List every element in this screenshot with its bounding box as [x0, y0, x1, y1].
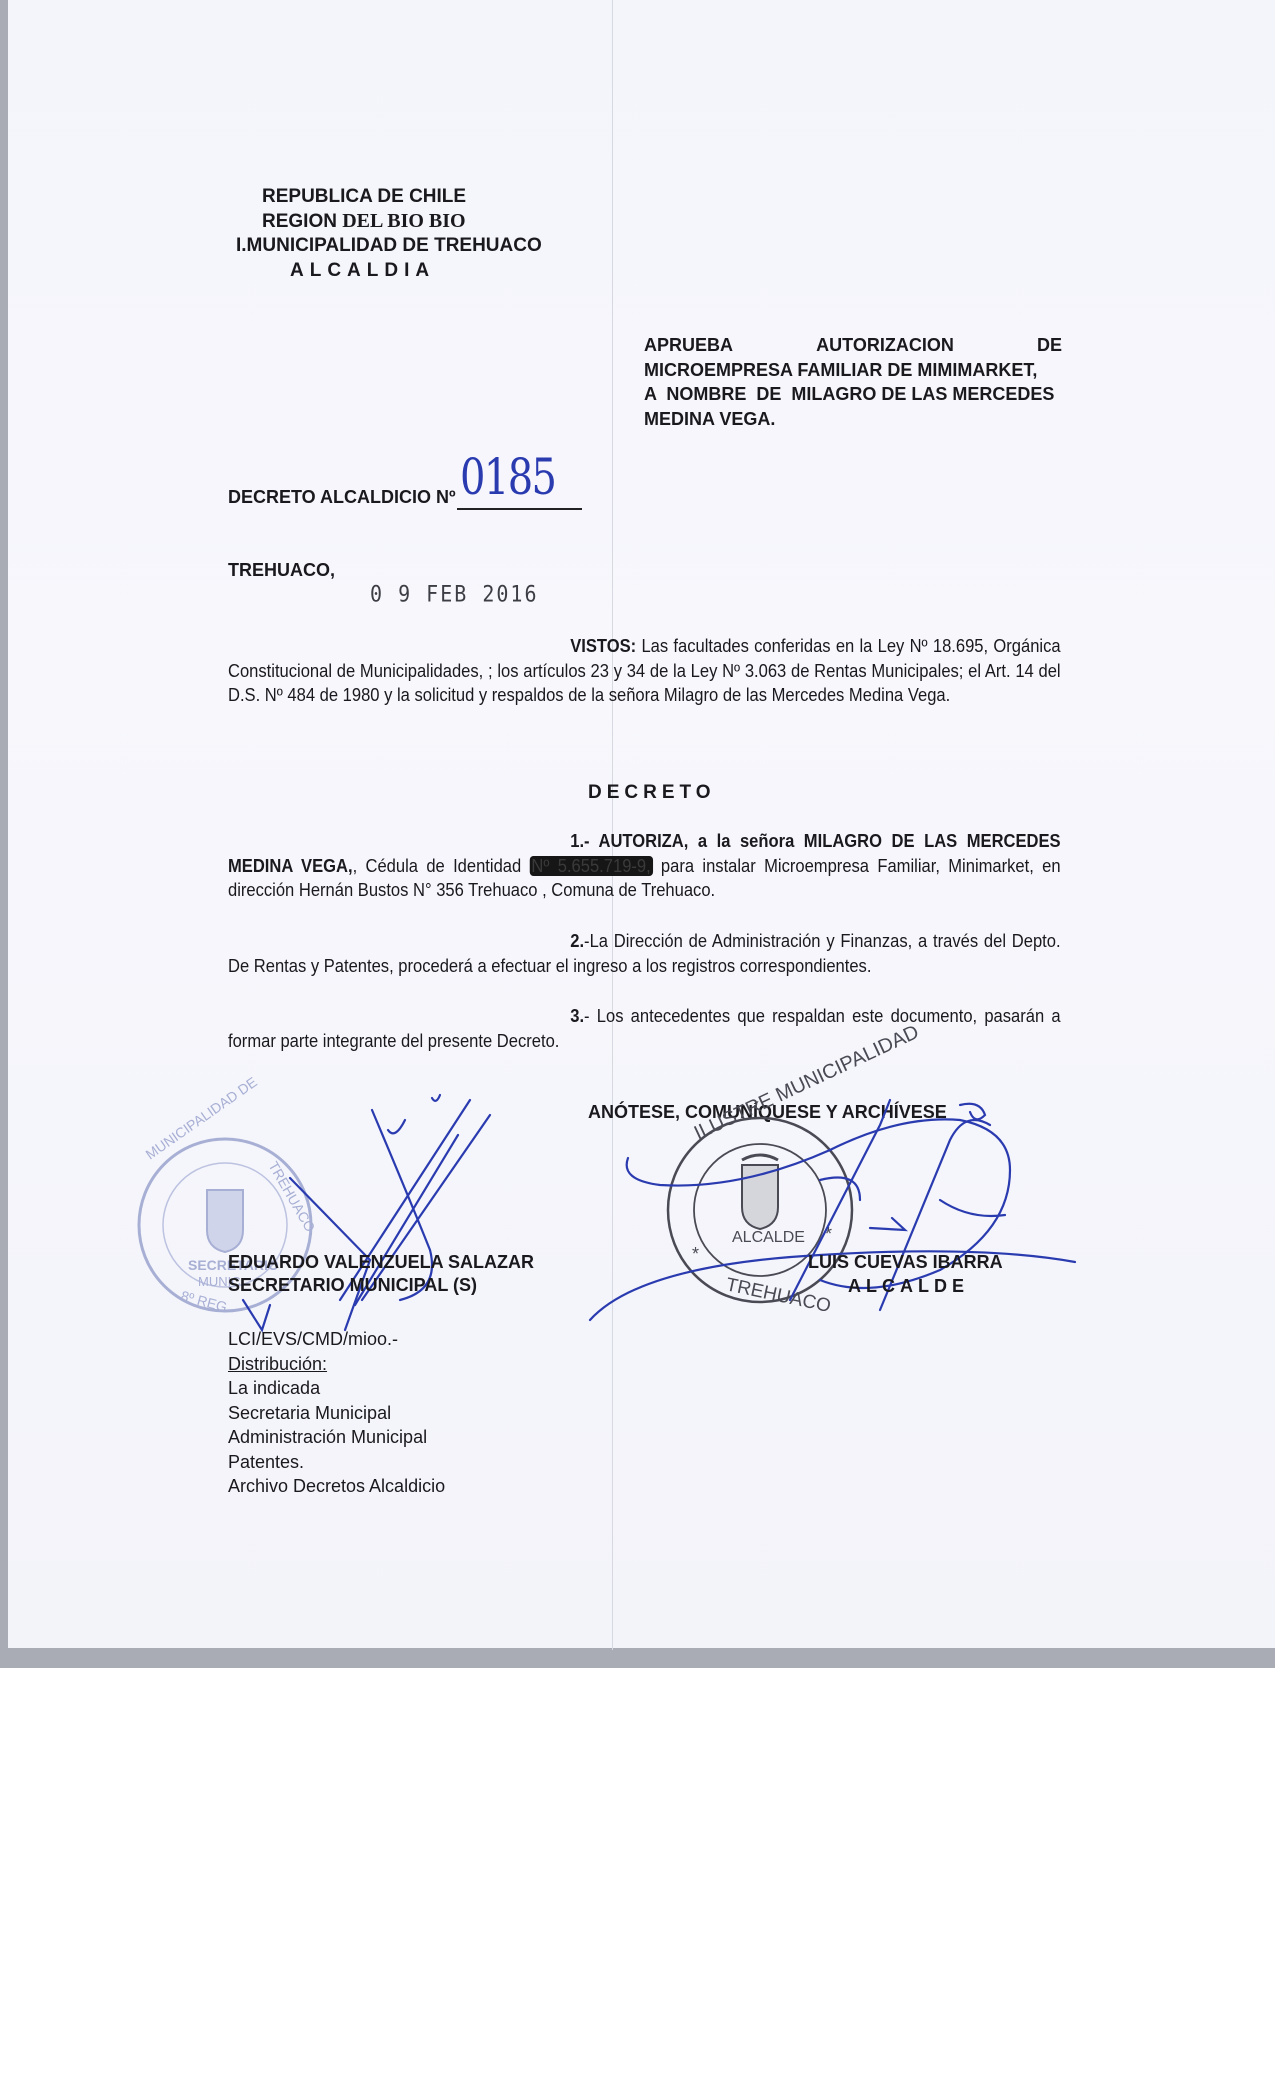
mayor-name: LUIS CUEVAS IBARRA: [808, 1251, 1003, 1274]
letterhead-office: ALCALDIA: [290, 259, 435, 283]
date-stamp: 0 9 FEB 2016: [370, 581, 539, 607]
letterhead-region: REGION DEL BIO BIO: [262, 209, 466, 234]
distribution-item: Administración Municipal: [228, 1425, 445, 1450]
article-2: 2.-La Dirección de Administración y Fina…: [228, 929, 1061, 978]
article-1: 1.- AUTORIZA, a la señora MILAGRO DE LAS…: [228, 829, 1061, 903]
subject-row-3: A NOMBRE DE MILAGRO DE LAS MERCEDES: [644, 382, 1062, 407]
secretary-name: EDUARDO VALENZUELA SALAZAR: [228, 1251, 534, 1274]
vistos-text: Las facultades conferidas en la Ley Nº 1…: [636, 636, 988, 656]
decree-number-label: DECRETO ALCALDICIO Nº: [228, 485, 456, 509]
decree-number-underline: [457, 508, 582, 510]
article-3: 3.- Los antecedentes que respaldan este …: [228, 1004, 1061, 1053]
place-label: TREHUACO,: [228, 558, 335, 582]
distribution-block: LCI/EVS/CMD/mioo.- Distribución: La indi…: [228, 1327, 445, 1499]
vistos-paragraph: VISTOS: Las facultades conferidas en la …: [228, 634, 1061, 708]
distribution-item: Secretaria Municipal: [228, 1401, 445, 1426]
subject-word: APRUEBA: [644, 333, 733, 358]
subject-row-1: APRUEBA AUTORIZACION DE: [644, 333, 1062, 358]
mayor-role: ALCALDE: [848, 1275, 969, 1298]
distribution-item: La indicada: [228, 1376, 445, 1401]
article-number: 1.-: [570, 831, 589, 851]
decree-subject: APRUEBA AUTORIZACION DE MICROEMPRESA FAM…: [644, 333, 1062, 431]
article-number: 2.: [570, 931, 584, 951]
distribution-item: Patentes.: [228, 1450, 445, 1475]
page-fold-line: [612, 0, 613, 1650]
subject-row-2: MICROEMPRESA FAMILIAR DE MIMIMARKET,: [644, 358, 1062, 383]
closing-formula: ANÓTESE, COMUNÍQUESE Y ARCHÍVESE: [588, 1101, 947, 1124]
letterhead-country: REPUBLICA DE CHILE: [262, 185, 466, 209]
secretary-role: SECRETARIO MUNICIPAL (S): [228, 1274, 534, 1297]
article-2-text: -La Dirección de Administración y Finanz…: [228, 931, 1061, 976]
document-page: [8, 0, 1275, 1648]
article-3-text: - Los antecedentes que respaldan este do…: [228, 1006, 1061, 1051]
article-1-text: , Cédula de Identidad: [353, 856, 530, 876]
decree-number-handwritten: 0185: [460, 448, 555, 506]
subject-word: DE: [1037, 333, 1062, 358]
article-number: 3.: [570, 1006, 584, 1026]
secretary-block: EDUARDO VALENZUELA SALAZAR SECRETARIO MU…: [228, 1251, 534, 1297]
initials-reference: LCI/EVS/CMD/mioo.-: [228, 1327, 445, 1352]
decreto-heading: DECRETO: [588, 782, 716, 804]
letterhead: REPUBLICA DE CHILE REGION DEL BIO BIO: [262, 185, 466, 234]
distribution-item: Archivo Decretos Alcaldicio: [228, 1474, 445, 1499]
letterhead-municipality: I.MUNICIPALIDAD DE TREHUACO: [236, 234, 542, 258]
subject-word: AUTORIZACION: [816, 333, 954, 358]
distribution-label: Distribución:: [228, 1352, 445, 1377]
redacted-id-number: Nº 5.655.719-9,: [530, 856, 653, 876]
subject-row-4: MEDINA VEGA.: [644, 407, 1062, 432]
vistos-label: VISTOS:: [570, 636, 636, 656]
